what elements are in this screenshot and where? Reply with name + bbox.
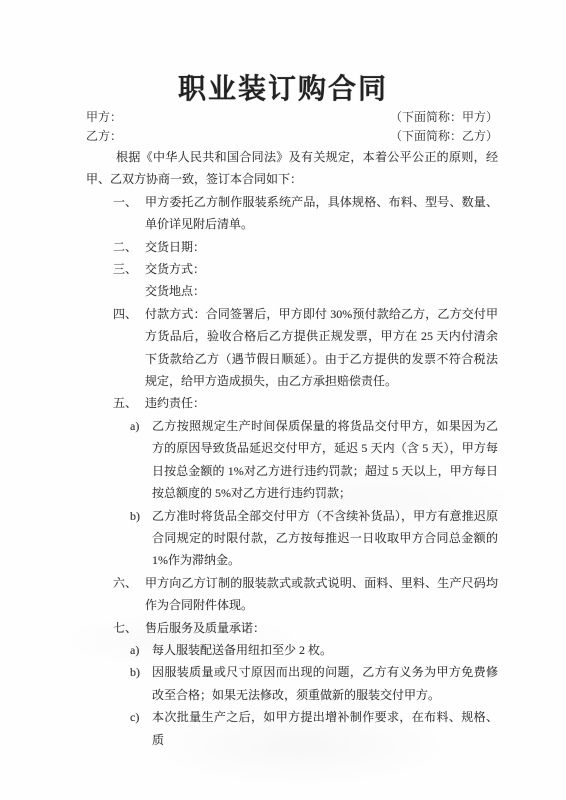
clause-1: 一、 甲方委托乙方制作服装系统产品，具体规格、布料、型号、数量、单价详见附后清单… [86, 191, 498, 236]
clause-5-text: 违约责任： [145, 392, 498, 414]
clause-1-text: 甲方委托乙方制作服装系统产品，具体规格、布料、型号、数量、单价详见附后清单。 [145, 191, 498, 236]
clause-7-sub-c: c) 本次批量生产之后，如甲方提出增补制作要求，在布料、规格、质 [86, 706, 498, 751]
clause-2-number: 二、 [113, 236, 145, 258]
clause-7-sub-b: b) 因服装质量或尺寸原因而出现的问题，乙方有义务为甲方免费修改至合格；如果无法… [86, 661, 498, 706]
clause-2: 二、 交货日期： [86, 236, 498, 258]
clause-7-sub-b-marker: b) [130, 661, 152, 706]
clause-4: 四、 付款方式：合同签署后，甲方即付 30%预付款给乙方，乙方交付甲方货品后，验… [86, 303, 498, 393]
party-b-alias: （下面简称：乙方） [390, 127, 498, 146]
clause-5-number: 五、 [113, 392, 145, 414]
document-title: 职业装订购合同 [0, 67, 566, 107]
party-b-row: 乙方： （下面简称：乙方） [86, 127, 498, 146]
clause-3-number: 三、 [113, 258, 145, 280]
clause-7-sub-b-text: 因服装质量或尺寸原因而出现的问题，乙方有义务为甲方免费修改至合格；如果无法修改，… [152, 661, 498, 706]
clause-5-sub-b-marker: b) [130, 505, 152, 572]
clause-5-sub-a: a) 乙方按照规定生产时间保质保量的将货品交付甲方，如果因为乙方的原因导致货品延… [86, 415, 498, 505]
clause-7-sub-c-text: 本次批量生产之后，如甲方提出增补制作要求，在布料、规格、质 [152, 706, 498, 751]
clause-7-sub-a-text: 每人服装配送备用纽扣至少 2 枚。 [152, 639, 498, 661]
clause-4-text: 付款方式：合同签署后，甲方即付 30%预付款给乙方，乙方交付甲方货品后，验收合格… [145, 303, 498, 393]
parties-block: 甲方： （下面简称：甲方） 乙方： （下面简称：乙方） [86, 108, 498, 145]
clause-5: 五、 违约责任： [86, 392, 498, 414]
party-a-alias: （下面简称：甲方） [390, 108, 498, 127]
clause-5-sub-b: b) 乙方准时将货品全部交付甲方（不含续补货品），甲方有意推迟原合同规定的时限付… [86, 505, 498, 572]
party-a-row: 甲方： （下面简称：甲方） [86, 108, 498, 127]
clause-7-text: 售后服务及质量承诺： [145, 617, 498, 639]
contract-body: 根据《中华人民共和国合同法》及有关规定，本着公平公正的原则，经甲、乙双方协商一致… [86, 146, 498, 751]
clause-5-sub-a-text: 乙方按照规定生产时间保质保量的将货品交付甲方，如果因为乙方的原因导致货品延迟交付… [152, 415, 498, 505]
party-a-label: 甲方： [86, 108, 122, 127]
clause-6-text: 甲方向乙方订制的服装款式或款式说明、面料、里料、生产尺码均作为合同附件体现。 [145, 572, 498, 617]
clause-6: 六、 甲方向乙方订制的服装款式或款式说明、面料、里料、生产尺码均作为合同附件体现… [86, 572, 498, 617]
party-b-label: 乙方： [86, 127, 122, 146]
clause-3-text: 交货方式： [145, 258, 498, 280]
clause-7-sub-c-marker: c) [130, 706, 152, 751]
contract-document-page: 职业装订购合同 甲方： （下面简称：甲方） 乙方： （下面简称：乙方） 根据《中… [0, 0, 566, 800]
clause-7-number: 七、 [113, 617, 145, 639]
clause-4-number: 四、 [113, 303, 145, 393]
clause-3: 三、 交货方式： [86, 258, 498, 280]
clause-1-number: 一、 [113, 191, 145, 236]
clause-5-sub-b-text: 乙方准时将货品全部交付甲方（不含续补货品），甲方有意推迟原合同规定的时限付款，乙… [152, 505, 498, 572]
delivery-place-line: 交货地点： [86, 280, 498, 302]
clause-6-number: 六、 [113, 572, 145, 617]
clause-2-text: 交货日期： [145, 236, 498, 258]
clause-7-sub-a-marker: a) [130, 639, 152, 661]
preamble-paragraph: 根据《中华人民共和国合同法》及有关规定，本着公平公正的原则，经甲、乙双方协商一致… [86, 146, 498, 191]
clause-7-sub-a: a) 每人服装配送备用纽扣至少 2 枚。 [86, 639, 498, 661]
clause-5-sub-a-marker: a) [130, 415, 152, 505]
clause-7: 七、 售后服务及质量承诺： [86, 617, 498, 639]
